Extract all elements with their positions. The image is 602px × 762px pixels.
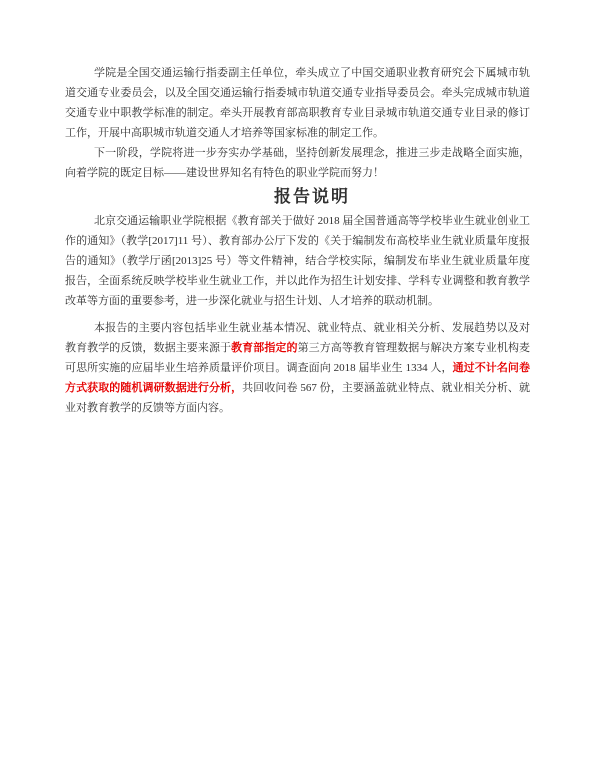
body-text: 学院是全国交通运输行指委副主任单位，牵头成立了中国交通职业教育研究会下属城市轨道… <box>65 67 530 139</box>
section-heading-report-description: 报告说明 <box>65 183 530 211</box>
paragraph-report-basis: 北京交通运输职业学院根据《教育部关于做好 2018 届全国普通高等学校毕业生就业… <box>65 211 530 311</box>
paragraph-report-contents: 本报告的主要内容包括毕业生就业基本情况、就业特点、就业相关分析、发展趋势以及对教… <box>65 318 530 418</box>
paragraph-next-stage-goals: 下一阶段，学院将进一步夯实办学基础，坚持创新发展理念，推进三步走战略全面实施，向… <box>65 143 530 183</box>
document-content: 学院是全国交通运输行指委副主任单位，牵头成立了中国交通职业教育研究会下属城市轨道… <box>65 63 530 418</box>
body-text: 北京交通运输职业学院根据《教育部关于做好 2018 届全国普通高等学校毕业生就业… <box>65 215 530 307</box>
document-page: 学院是全国交通运输行指委副主任单位，牵头成立了中国交通职业教育研究会下属城市轨道… <box>0 0 602 762</box>
body-text: 下一阶段，学院将进一步夯实办学基础，坚持创新发展理念，推进三步走战略全面实施，向… <box>65 147 530 179</box>
paragraph-college-achievements: 学院是全国交通运输行指委副主任单位，牵头成立了中国交通职业教育研究会下属城市轨道… <box>65 63 530 143</box>
highlighted-red-text: 教育部指定的 <box>231 342 297 354</box>
